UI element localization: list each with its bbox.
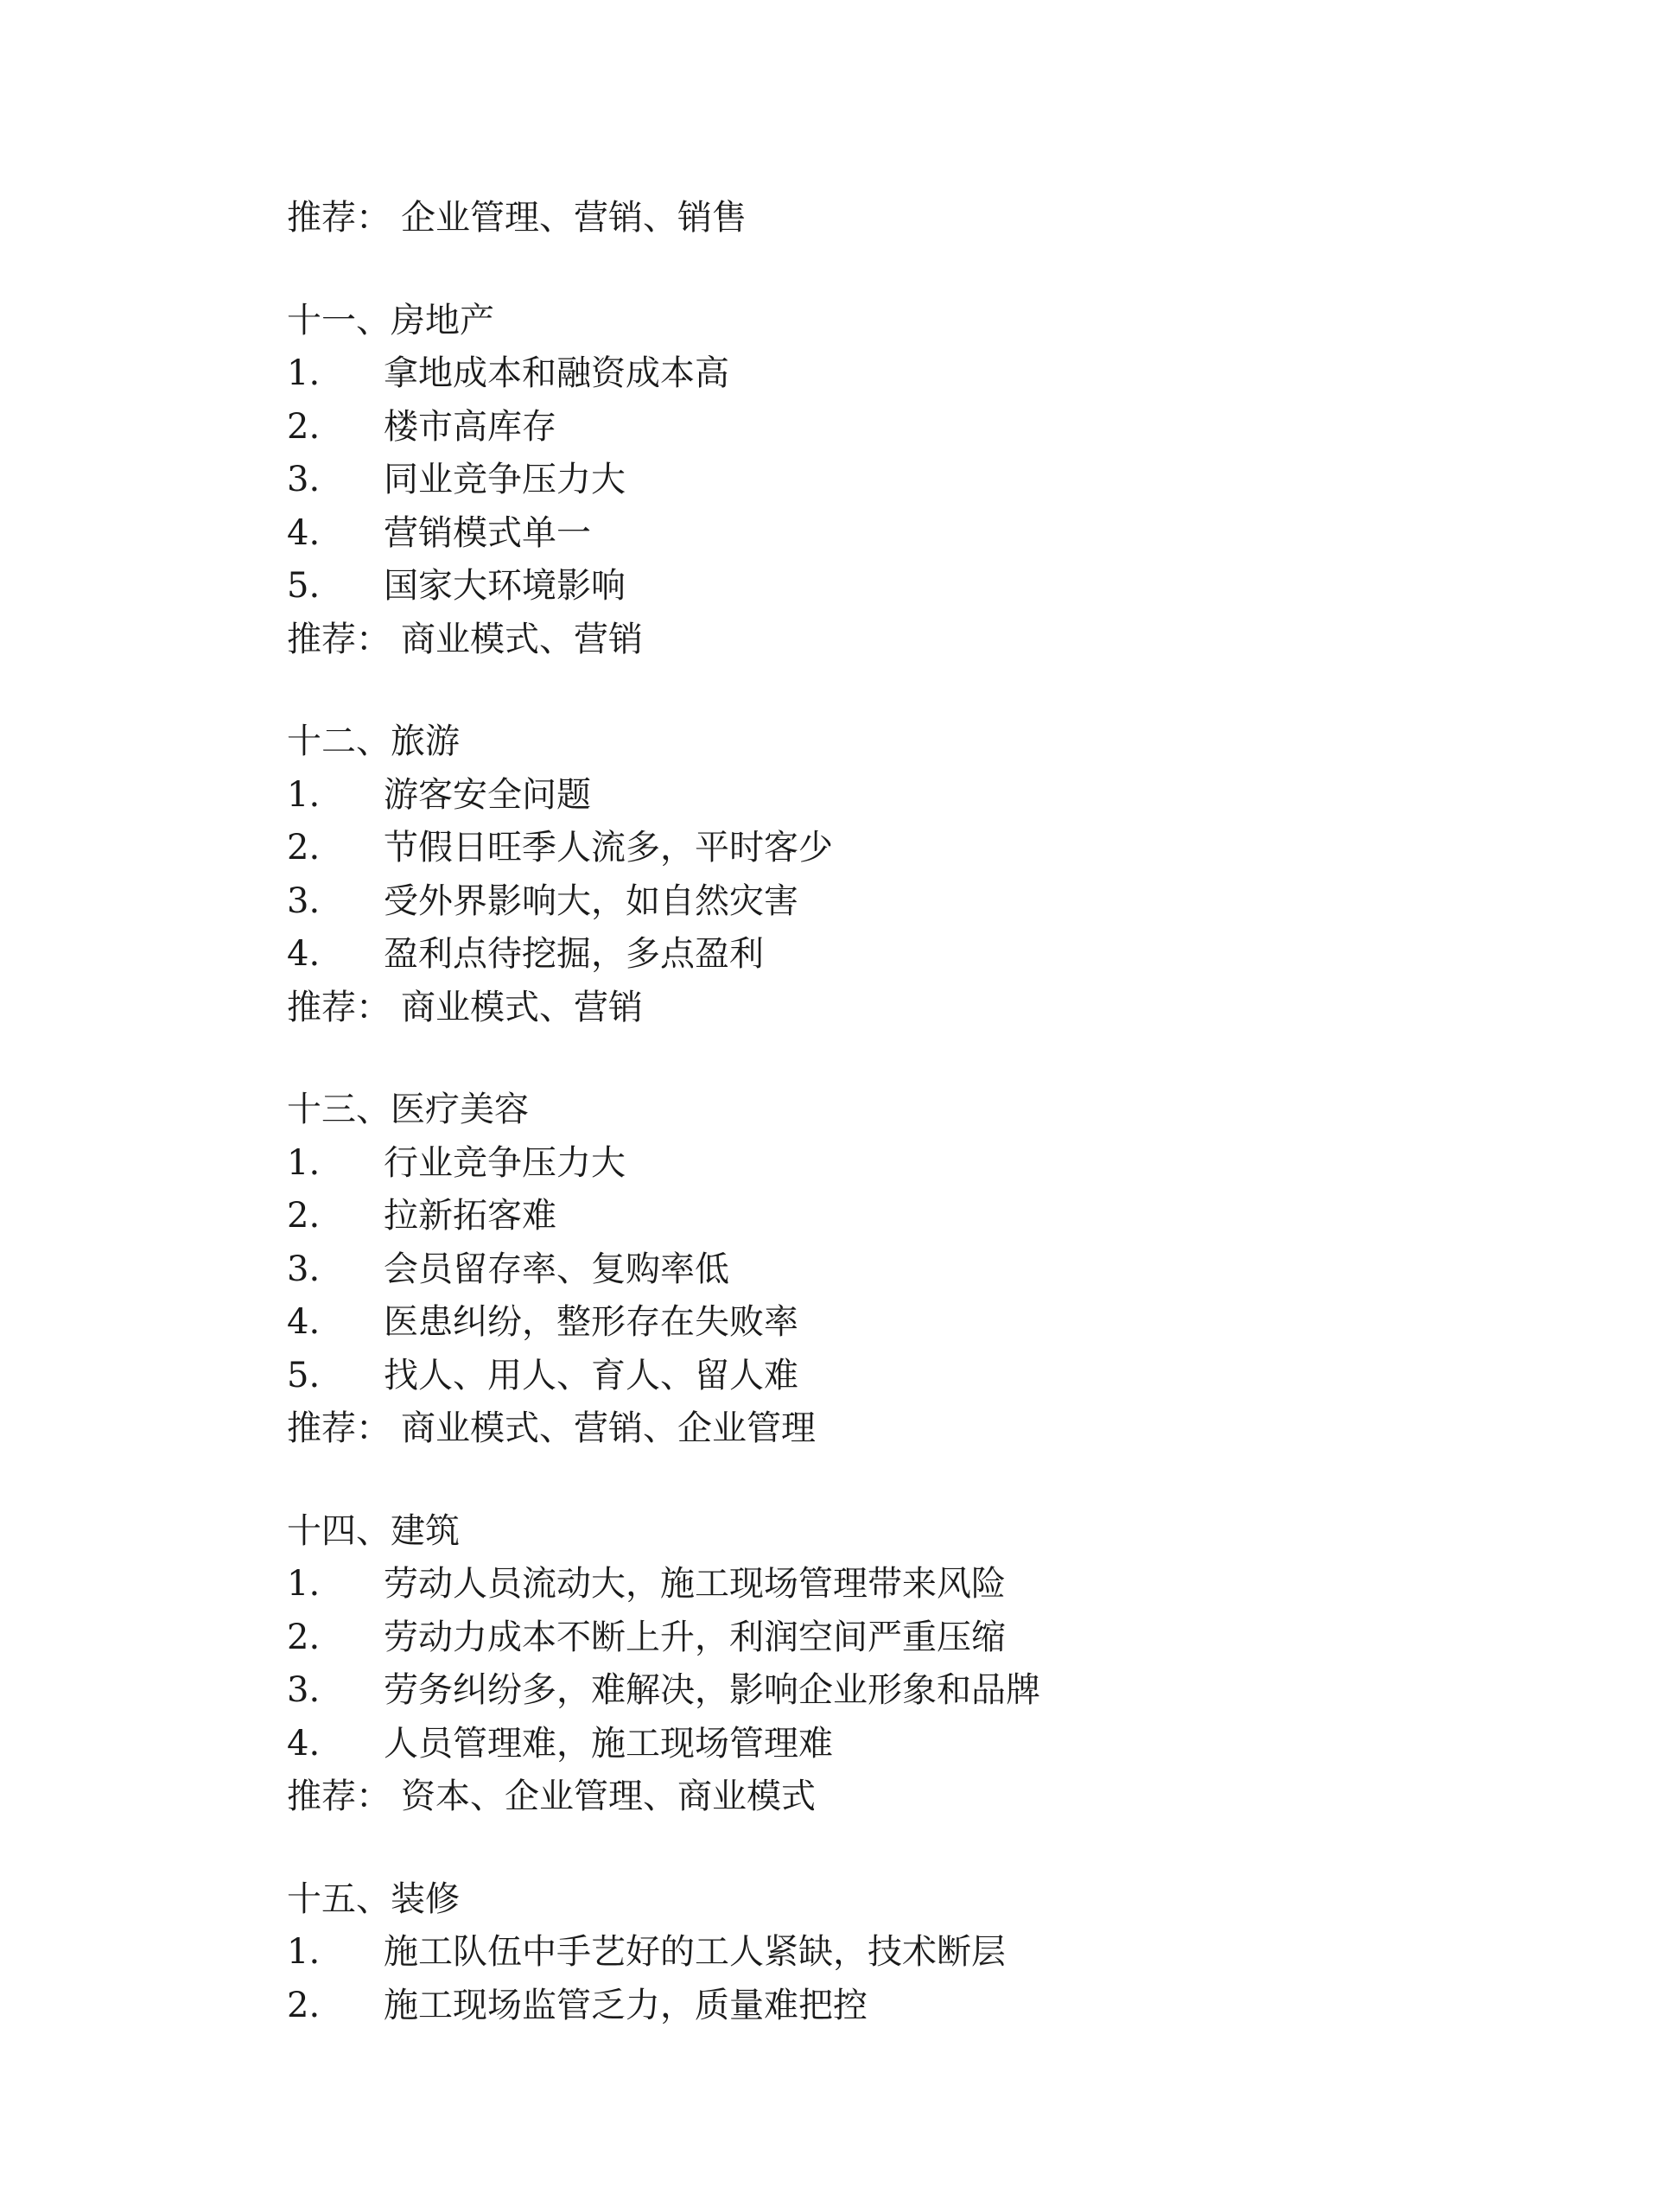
item-text: 营销模式单一 xyxy=(384,507,591,561)
list-item: 4. 盈利点待挖掘，多点盈利 xyxy=(287,928,1583,982)
list-item: 2. 节假日旺季人流多，平时客少 xyxy=(287,822,1583,875)
item-text: 拿地成本和融资成本高 xyxy=(384,347,729,401)
item-text: 劳务纠纷多，难解决，影响企业形象和品牌 xyxy=(384,1664,1040,1718)
item-number: 1. xyxy=(287,1926,384,1980)
item-number: 2. xyxy=(287,401,384,454)
section-heading: 十三、医疗美容 xyxy=(287,1084,1583,1137)
list-item: 1. 施工队伍中手艺好的工人紧缺，技术断层 xyxy=(287,1926,1583,1980)
item-number: 3. xyxy=(287,1664,384,1718)
list-item: 1. 行业竞争压力大 xyxy=(287,1137,1583,1191)
recommendation-value: 商业模式、营销、企业管理 xyxy=(401,1402,816,1456)
list-item: 3. 受外界影响大，如自然灾害 xyxy=(287,875,1583,929)
item-text: 受外界影响大，如自然灾害 xyxy=(384,875,798,929)
section-heading: 十二、旅游 xyxy=(287,715,1583,769)
item-number: 4. xyxy=(287,1296,384,1350)
list-item: 3. 劳务纠纷多，难解决，影响企业形象和品牌 xyxy=(287,1664,1583,1718)
item-number: 1. xyxy=(287,347,384,401)
item-text: 医患纠纷，整形存在失败率 xyxy=(384,1296,798,1350)
recommendation-line: 推荐： 资本、企业管理、商业模式 xyxy=(287,1770,1583,1824)
section-medical-beauty: 十三、医疗美容 1. 行业竞争压力大 2. 拉新拓客难 3. 会员留存率、复购率… xyxy=(287,1084,1583,1456)
list-item: 3. 会员留存率、复购率低 xyxy=(287,1243,1583,1297)
list-item: 2. 施工现场监管乏力，质量难把控 xyxy=(287,1980,1583,2033)
item-number: 3. xyxy=(287,1243,384,1297)
item-number: 2. xyxy=(287,822,384,875)
section-heading: 十四、建筑 xyxy=(287,1505,1583,1559)
recommendation-line: 推荐： 商业模式、营销、企业管理 xyxy=(287,1402,1583,1456)
item-text: 同业竞争压力大 xyxy=(384,454,626,507)
item-number: 4. xyxy=(287,928,384,982)
list-item: 2. 劳动力成本不断上升，利润空间严重压缩 xyxy=(287,1611,1583,1665)
item-text: 节假日旺季人流多，平时客少 xyxy=(384,822,833,875)
document-page: 推荐： 企业管理、营销、销售 十一、房地产 1. 拿地成本和融资成本高 2. 楼… xyxy=(287,192,1583,2032)
item-text: 施工队伍中手艺好的工人紧缺，技术断层 xyxy=(384,1926,1006,1980)
section-gap xyxy=(287,1034,1583,1084)
list-item: 4. 医患纠纷，整形存在失败率 xyxy=(287,1296,1583,1350)
section-tourism: 十二、旅游 1. 游客安全问题 2. 节假日旺季人流多，平时客少 3. 受外界影… xyxy=(287,715,1583,1034)
item-text: 国家大环境影响 xyxy=(384,560,626,613)
list-item: 1. 拿地成本和融资成本高 xyxy=(287,347,1583,401)
recommendation-label: 推荐： xyxy=(287,1402,391,1456)
item-number: 4. xyxy=(287,507,384,561)
item-text: 找人、用人、育人、留人难 xyxy=(384,1350,798,1403)
list-item: 5. 国家大环境影响 xyxy=(287,560,1583,613)
item-number: 2. xyxy=(287,1980,384,2033)
list-item: 3. 同业竞争压力大 xyxy=(287,454,1583,507)
recommendation-line: 推荐： 商业模式、营销 xyxy=(287,613,1583,667)
recommendation-value: 资本、企业管理、商业模式 xyxy=(401,1770,816,1824)
item-text: 会员留存率、复购率低 xyxy=(384,1243,729,1297)
item-text: 盈利点待挖掘，多点盈利 xyxy=(384,928,764,982)
item-number: 3. xyxy=(287,454,384,507)
section-gap xyxy=(287,1456,1583,1505)
list-item: 5. 找人、用人、育人、留人难 xyxy=(287,1350,1583,1403)
list-item: 2. 拉新拓客难 xyxy=(287,1190,1583,1243)
item-text: 人员管理难，施工现场管理难 xyxy=(384,1718,833,1771)
item-number: 1. xyxy=(287,1137,384,1191)
recommendation-label: 推荐： xyxy=(287,613,391,667)
list-item: 1. 劳动人员流动大，施工现场管理带来风险 xyxy=(287,1558,1583,1611)
section-gap xyxy=(287,245,1583,295)
list-item: 4. 人员管理难，施工现场管理难 xyxy=(287,1718,1583,1771)
section-decoration: 十五、装修 1. 施工队伍中手艺好的工人紧缺，技术断层 2. 施工现场监管乏力，… xyxy=(287,1873,1583,2033)
item-text: 拉新拓客难 xyxy=(384,1190,556,1243)
item-number: 1. xyxy=(287,769,384,823)
section-heading: 十一、房地产 xyxy=(287,295,1583,348)
item-number: 5. xyxy=(287,560,384,613)
section-construction: 十四、建筑 1. 劳动人员流动大，施工现场管理带来风险 2. 劳动力成本不断上升… xyxy=(287,1505,1583,1824)
list-item: 2. 楼市高库存 xyxy=(287,401,1583,454)
section-gap xyxy=(287,666,1583,715)
list-item: 1. 游客安全问题 xyxy=(287,769,1583,823)
recommendation-line: 推荐： 商业模式、营销 xyxy=(287,982,1583,1035)
list-item: 4. 营销模式单一 xyxy=(287,507,1583,561)
recommendation-value: 企业管理、营销、销售 xyxy=(401,192,747,245)
recommendation-value: 商业模式、营销 xyxy=(401,613,643,667)
item-number: 5. xyxy=(287,1350,384,1403)
item-text: 劳动力成本不断上升，利润空间严重压缩 xyxy=(384,1611,1006,1665)
item-text: 施工现场监管乏力，质量难把控 xyxy=(384,1980,868,2033)
section-real-estate: 十一、房地产 1. 拿地成本和融资成本高 2. 楼市高库存 3. 同业竞争压力大… xyxy=(287,295,1583,667)
item-text: 游客安全问题 xyxy=(384,769,591,823)
item-number: 3. xyxy=(287,875,384,929)
section-gap xyxy=(287,1824,1583,1873)
item-text: 劳动人员流动大，施工现场管理带来风险 xyxy=(384,1558,1006,1611)
item-number: 2. xyxy=(287,1190,384,1243)
item-number: 4. xyxy=(287,1718,384,1771)
recommendation-label: 推荐： xyxy=(287,1770,391,1824)
recommendation-value: 商业模式、营销 xyxy=(401,982,643,1035)
recommendation-label: 推荐： xyxy=(287,192,391,245)
item-text: 行业竞争压力大 xyxy=(384,1137,626,1191)
section-heading: 十五、装修 xyxy=(287,1873,1583,1927)
item-text: 楼市高库存 xyxy=(384,401,556,454)
item-number: 1. xyxy=(287,1558,384,1611)
recommendation-line: 推荐： 企业管理、营销、销售 xyxy=(287,192,1583,245)
recommendation-label: 推荐： xyxy=(287,982,391,1035)
item-number: 2. xyxy=(287,1611,384,1665)
